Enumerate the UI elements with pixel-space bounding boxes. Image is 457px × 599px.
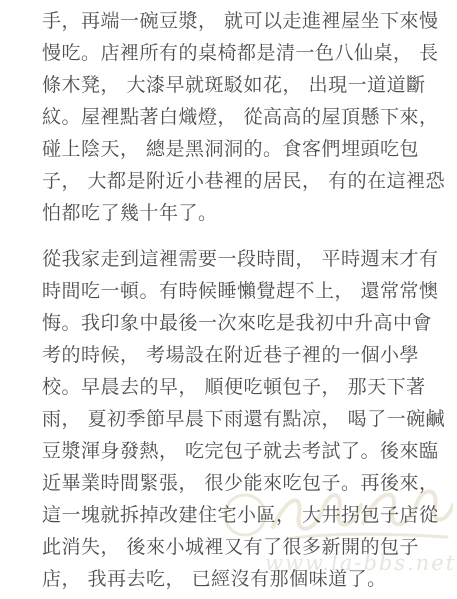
paragraph-2: 從我家走到這裡需要一段時間， 平時週末才有 時間吃一頓。有時候睡懶覺趕不上， 還… <box>42 243 449 595</box>
article-page: 手，再端一碗豆漿， 就可以走進裡屋坐下來慢 慢吃。店裡所有的桌椅都是清一色八仙桌… <box>0 0 457 599</box>
paragraph-1: 手，再端一碗豆漿， 就可以走進裡屋坐下來慢 慢吃。店裡所有的桌椅都是清一色八仙桌… <box>42 5 449 229</box>
